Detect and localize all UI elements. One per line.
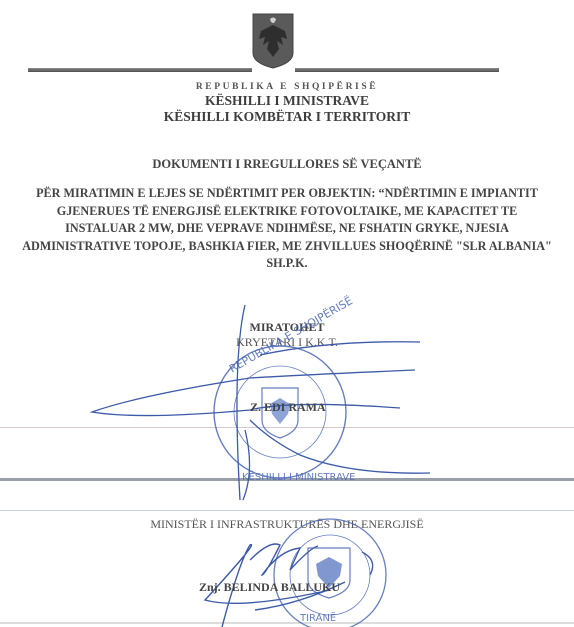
national-council-heading: KËSHILLI KOMBËTAR I TERRITORIT <box>0 109 574 125</box>
document-purpose: PËR MIRATIMIN E LEJES SE NDËRTIMIT PER O… <box>20 185 554 273</box>
council-heading: KËSHILLI I MINISTRAVE <box>0 93 574 109</box>
divider-line <box>0 427 574 428</box>
header-rule-right <box>295 68 499 72</box>
approval-label: MIRATOHET <box>0 320 574 335</box>
divider-line <box>0 478 574 481</box>
divider-line <box>0 510 574 511</box>
minister-role: MINISTËR I INFRASTRUKTURËS DHE ENERGJISË <box>0 517 574 532</box>
albanian-eagle-emblem-icon <box>252 13 294 69</box>
official-seal-icon <box>274 519 386 627</box>
divider-line <box>0 622 574 624</box>
signer-name-1: Z. EDI RAMA <box>250 400 326 415</box>
republic-heading: REPUBLIKA E SHQIPËRISË <box>0 82 574 92</box>
signer-name-2: Znj. BELINDA BALLUKU <box>199 580 340 595</box>
document-page: REPUBLIKA E SHQIPËRISË KËSHILLI I MINIST… <box>0 0 574 627</box>
approval-role: KRYETARI I K.K.T. <box>0 335 574 350</box>
document-title: DOKUMENTI I RREGULLORES SË VEÇANTË <box>0 157 574 172</box>
header-rule-left <box>28 68 252 72</box>
svg-text:KËSHILLI I MINISTRAVE: KËSHILLI I MINISTRAVE <box>242 470 355 483</box>
